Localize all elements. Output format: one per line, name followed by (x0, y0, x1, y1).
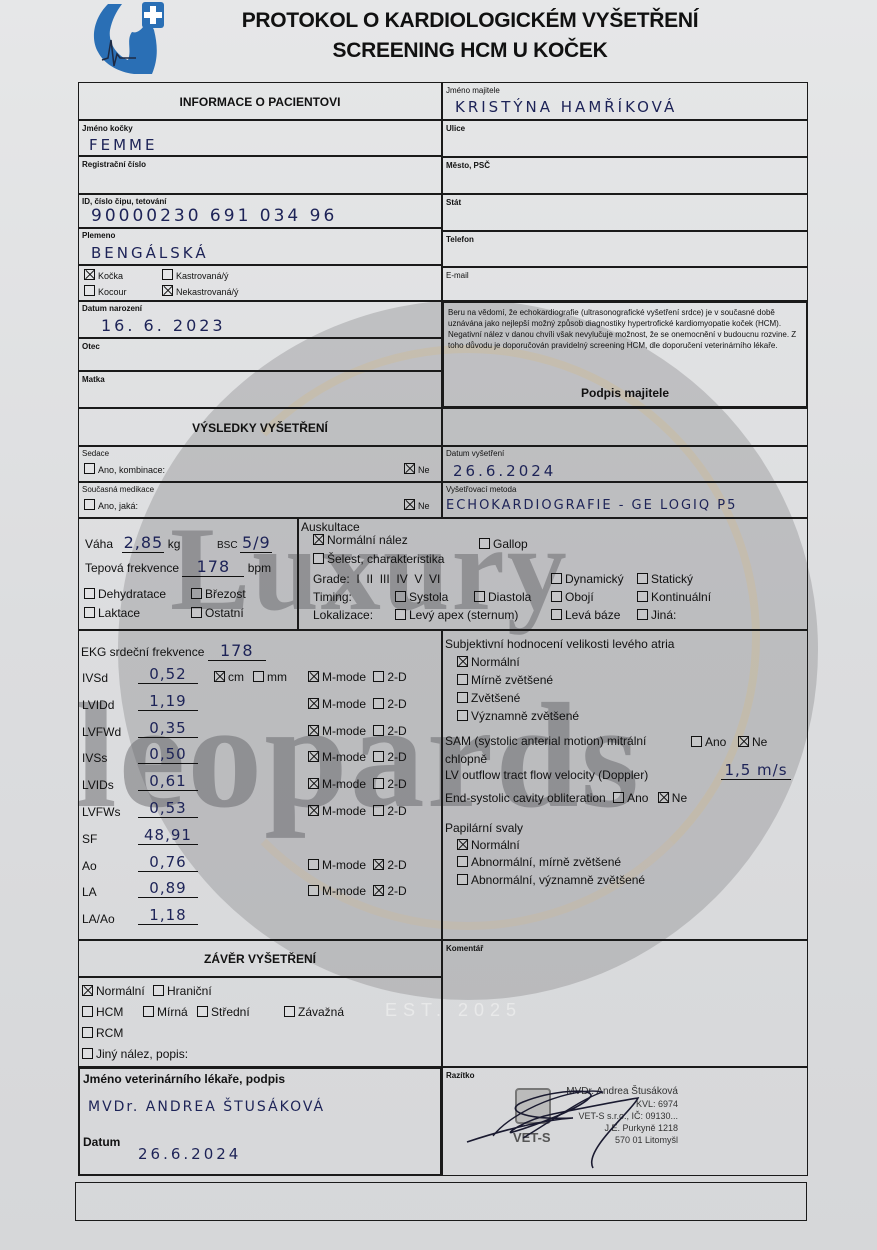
checkbox-label: Normální (471, 655, 520, 669)
checkbox-systola[interactable]: Systola (395, 590, 448, 604)
checkbox-m-mode[interactable] (308, 859, 319, 870)
measurement-row: LA0,89M-mode 2-D (80, 879, 440, 901)
checkbox-conclusion-mild[interactable]: Mírná (143, 1005, 188, 1019)
vet-date-label: Datum (83, 1135, 120, 1149)
checkbox-label: Závažná (298, 1005, 344, 1019)
checkbox-oboji[interactable]: Obojí (551, 590, 594, 604)
checkbox-kontinualni[interactable]: Kontinuální (637, 590, 711, 604)
checkbox-label: Dehydratace (98, 587, 166, 601)
measurement-row: LVFWs0,53M-mode 2-D (80, 799, 440, 821)
checkbox-label: Kocour (98, 287, 127, 297)
comment-field[interactable]: Komentář (442, 940, 808, 1067)
checkbox-label: Abnormální, mírně zvětšené (471, 855, 621, 869)
checkbox-sam-yes[interactable]: Ano (691, 735, 726, 749)
checkbox-label: Normální (96, 984, 145, 998)
checkbox-label: Střední (211, 1005, 250, 1019)
lvot-value: 1,5 m/s (721, 761, 791, 780)
checkbox-label: Ne (418, 501, 430, 511)
2d-label: 2-D (387, 697, 406, 711)
bsc-value[interactable]: 5/9 (240, 533, 272, 553)
exam-method-label: Vyšetřovací metoda (446, 485, 516, 494)
ekg-label: EKG srdeční frekvence (81, 645, 204, 659)
checkbox-static[interactable]: Statický (637, 572, 693, 586)
vet-signature-box[interactable]: Jméno veterinárního lékaře, podpis MVDr.… (78, 1067, 442, 1176)
checkbox-label: RCM (96, 1026, 123, 1040)
measurement-name: IVSd (82, 671, 108, 685)
checkbox-label: Zvětšené (471, 691, 520, 705)
registration-label: Registrační číslo (82, 160, 146, 169)
checkbox-box[interactable] (82, 985, 93, 996)
checkbox-conclusion-moderate[interactable]: Střední (197, 1005, 250, 1019)
sedation-group: Sedace Ano, kombinace: Ne (78, 446, 442, 482)
heart-rate-unit: bpm (248, 561, 271, 575)
conclusion-options: Normální Hraniční HCM Mírná Střední Záva… (78, 977, 442, 1067)
checkbox-m-mode[interactable] (308, 805, 319, 816)
checkbox-box[interactable] (84, 607, 95, 618)
signature-scribble (463, 1080, 703, 1172)
checkbox-sedation-no[interactable]: Ne (404, 463, 430, 475)
esco-row: End-systolic cavity obliteration Ano Ne (445, 791, 687, 805)
dob-label: Datum narození (82, 304, 142, 313)
checkbox-label: Ne (752, 735, 767, 749)
checkbox-box[interactable] (457, 656, 468, 667)
exam-method-value: ECHOKARDIOGRAFIE - GE LOGIQ P5 (446, 498, 737, 513)
checkbox-sam-no[interactable]: Ne (738, 735, 767, 749)
checkbox-label: Ano, kombinace: (98, 465, 165, 475)
checkbox-label: Levý apex (sternum) (409, 608, 518, 622)
checkbox-box[interactable] (191, 588, 202, 599)
owner-signature-label[interactable]: Podpis majitele (444, 386, 806, 400)
measurement-name: LVIDs (82, 778, 114, 792)
checkbox-box[interactable] (551, 573, 562, 584)
checkbox-2d[interactable] (373, 698, 384, 709)
2d-label: 2-D (387, 750, 406, 764)
consent-text: Beru na vědomí, že echokardiografie (ult… (448, 307, 802, 351)
checkbox-2d[interactable] (373, 805, 384, 816)
atrium-box: Subjektivní hodnocení velikosti levého a… (442, 630, 808, 940)
measurement-row: LVIDd1,19M-mode 2-D (80, 692, 440, 714)
measurement-value[interactable]: 1,18 (138, 906, 198, 925)
checkbox-label: Jiná: (651, 608, 676, 622)
checkbox-label: Abnormální, významně zvětšené (471, 873, 645, 887)
checkbox-label: HCM (96, 1005, 123, 1019)
sex-neuter-group: Kočka Kocour Kastrovaná/ý Nekastrovaná/ý (78, 265, 442, 301)
checkbox-box[interactable] (313, 553, 324, 564)
2d-label: 2-D (387, 670, 406, 684)
checkbox-papillary-significant[interactable]: Abnormální, významně zvětšené (457, 873, 645, 887)
exam-method-field[interactable]: Vyšetřovací metoda ECHOKARDIOGRAFIE - GE… (442, 482, 808, 518)
page-title: PROTOKOL O KARDIOLOGICKÉM VYŠETŘENÍ SCRE… (190, 6, 750, 66)
m-mode-label: M-mode (322, 858, 366, 872)
checkbox-label: Dynamický (565, 572, 624, 586)
checkbox-m-mode[interactable] (308, 725, 319, 736)
checkbox-conclusion-rcm[interactable]: RCM (82, 1026, 123, 1040)
checkbox-box[interactable] (551, 609, 562, 620)
mother-label: Matka (82, 375, 105, 384)
checkbox-box[interactable] (691, 736, 702, 747)
measurement-value[interactable]: 1,19 (138, 692, 198, 711)
checkbox-box[interactable] (404, 499, 415, 510)
m-mode-label: M-mode (322, 777, 366, 791)
measurement-name: LVFWs (82, 805, 120, 819)
checkbox-box[interactable] (162, 285, 173, 296)
measurement-row: LA/Ao1,18 (80, 906, 440, 928)
checkbox-m-mode[interactable] (308, 698, 319, 709)
checkbox-label: Diastola (488, 590, 531, 604)
atrium-heading: Subjektivní hodnocení velikosti levého a… (445, 637, 674, 651)
checkbox-label: Ano (705, 735, 726, 749)
measurement-value[interactable]: 0,35 (138, 719, 198, 738)
checkbox-diastola[interactable]: Diastola (474, 590, 531, 604)
checkbox-box[interactable] (162, 269, 173, 280)
checkbox-label: Nekastrovaná/ý (176, 287, 239, 297)
checkbox-murmur[interactable]: Šelest, charakteristika (313, 552, 444, 566)
checkbox-label: Mírná (157, 1005, 188, 1019)
papillary-heading: Papilární svaly (445, 821, 523, 835)
checkbox-box[interactable] (284, 1006, 295, 1017)
esco-yes-label: Ano (627, 791, 648, 805)
bsc-row: BSC 5/9 (217, 533, 272, 553)
checkbox-box[interactable] (313, 534, 324, 545)
2d-label: 2-D (387, 884, 406, 898)
vet-cat-heart-cross-icon (88, 0, 168, 78)
city-label: Město, PSČ (446, 161, 490, 170)
checkbox-atrium-mild[interactable]: Mírně zvětšené (457, 673, 553, 687)
checkbox-label: Významně zvětšené (471, 709, 579, 723)
checkbox-box[interactable] (82, 1048, 93, 1059)
checkbox-box[interactable] (457, 874, 468, 885)
email-field[interactable]: E-mail (442, 267, 808, 301)
m-mode-label: M-mode (322, 697, 366, 711)
measurement-value[interactable]: 0,53 (138, 799, 198, 818)
checkbox-label: Laktace (98, 606, 140, 620)
checkbox-box[interactable] (479, 538, 490, 549)
checkbox-label: Statický (651, 572, 693, 586)
measurement-name: LA/Ao (82, 912, 115, 926)
street-field[interactable]: Ulice (442, 120, 808, 157)
phone-field[interactable]: Telefon (442, 231, 808, 267)
checkbox-box[interactable] (143, 1006, 154, 1017)
chip-id-value: 90000230 691 034 96 (91, 206, 337, 226)
checkbox-box[interactable] (457, 839, 468, 850)
ekg-value[interactable]: 178 (208, 641, 266, 661)
cat-name-label: Jméno kočky (82, 124, 133, 133)
breed-value: BENGÁLSKÁ (91, 244, 209, 262)
measurement-mode-group: M-mode 2-D (308, 724, 407, 738)
checkbox-medication-yes[interactable]: Ano, jaká: (84, 499, 138, 511)
checkbox-box[interactable] (84, 499, 95, 510)
patient-info-header: INFORMACE O PACIENTOVI (78, 82, 442, 120)
2d-label: 2-D (387, 858, 406, 872)
checkbox-box[interactable] (395, 609, 406, 620)
chip-id-field[interactable]: ID, číslo čipu, tetování 90000230 691 03… (78, 194, 442, 228)
checkbox-label: Ne (418, 465, 430, 475)
checkbox-label: Jiný nález, popis: (96, 1047, 188, 1061)
checkbox-ostatni[interactable]: Ostatní (191, 606, 244, 620)
timing-label: Timing: (313, 590, 352, 604)
document-page: Luxury leopards EST. 2025 PROTOKOL O KAR… (0, 0, 877, 1250)
breed-field[interactable]: Plemeno BENGÁLSKÁ (78, 228, 442, 265)
m-mode-label: M-mode (322, 884, 366, 898)
m-mode-label: M-mode (322, 804, 366, 818)
checkbox-laktace[interactable]: Laktace (84, 606, 140, 620)
checkbox-esco-no[interactable] (658, 792, 669, 803)
checkbox-box[interactable] (197, 1006, 208, 1017)
checkbox-2d[interactable] (373, 778, 384, 789)
checkbox-kocour[interactable]: Kocour (84, 285, 127, 297)
checkbox-label: Levá báze (565, 608, 620, 622)
auscultation-heading: Auskultace (301, 520, 360, 534)
conclusion-heading: ZÁVĚR VYŠETŘENÍ (79, 952, 441, 966)
measurement-mode-group: M-mode 2-D (308, 750, 407, 764)
checkbox-label: Normální (471, 838, 520, 852)
heart-rate-label: Tepová frekvence (85, 561, 179, 575)
exam-date-field[interactable]: Datum vyšetření 26.6.2024 (442, 446, 808, 482)
measurement-mode-group: M-mode 2-D (308, 858, 407, 872)
heart-rate-row: Tepová frekvence 178 bpm (85, 557, 271, 577)
heart-rate-value[interactable]: 178 (182, 557, 244, 577)
measurement-row: IVSs0,50M-mode 2-D (80, 745, 440, 767)
breed-label: Plemeno (82, 231, 115, 240)
checkbox-label: Kočka (98, 271, 123, 281)
checkbox-dehydratace[interactable]: Dehydratace (84, 587, 166, 601)
checkbox-sedation-yes[interactable]: Ano, kombinace: (84, 463, 165, 475)
2d-label: 2-D (387, 804, 406, 818)
esco-no-label: Ne (672, 791, 687, 805)
checkbox-box[interactable] (191, 607, 202, 618)
checkbox-m-mode[interactable] (308, 671, 319, 682)
dob-value: 16. 6. 2023 (101, 316, 226, 335)
ekg-row: EKG srdeční frekvence 178 (81, 641, 266, 661)
checkbox-conclusion-borderline[interactable]: Hraniční (153, 984, 212, 998)
checkbox-box[interactable] (551, 591, 562, 602)
measurement-mode-group: M-mode 2-D (308, 777, 407, 791)
measurement-mode-group: M-mode 2-D (308, 670, 407, 684)
measurement-name: LA (82, 885, 97, 899)
vet-name-value: MVDr. ANDREA ŠTUSÁKOVÁ (88, 1099, 325, 1115)
grade-options[interactable]: I II III IV V VI (356, 572, 440, 586)
checkbox-box[interactable] (457, 674, 468, 685)
measurement-value[interactable]: 0,61 (138, 772, 198, 791)
checkbox-nekastrovana[interactable]: Nekastrovaná/ý (162, 285, 239, 297)
auscultation-box: Auskultace Normální nález Gallop Šelest,… (298, 518, 808, 630)
cat-name-value: FEMME (89, 136, 157, 154)
checkbox-dynamic[interactable]: Dynamický (551, 572, 624, 586)
checkbox-label: Normální nález (327, 533, 408, 547)
checkbox-atrium-significant[interactable]: Významně zvětšené (457, 709, 579, 723)
checkbox-atrium-normal[interactable]: Normální (457, 655, 520, 669)
sedation-label: Sedace (82, 449, 109, 458)
checkbox-conclusion-other[interactable]: Jiný nález, popis: (82, 1047, 188, 1061)
checkbox-normal-finding[interactable]: Normální nález (313, 533, 408, 547)
checkbox-box[interactable] (457, 856, 468, 867)
mother-field[interactable]: Matka (78, 371, 442, 408)
checkbox-box[interactable] (738, 736, 749, 747)
footer-blank-box (75, 1182, 807, 1221)
checkbox-label: Kontinuální (651, 590, 711, 604)
street-label: Ulice (446, 124, 465, 133)
conclusion-header: ZÁVĚR VYŠETŘENÍ (78, 940, 442, 977)
measurement-value[interactable]: 0,52 (138, 665, 198, 684)
title-line-1: PROTOKOL O KARDIOLOGICKÉM VYŠETŘENÍ (190, 6, 750, 36)
measurement-name: LVFWd (82, 725, 121, 739)
checkbox-label: Systola (409, 590, 448, 604)
measurement-value[interactable]: 0,76 (138, 853, 198, 872)
lvot-value-field[interactable]: 1,5 m/s (721, 761, 791, 780)
blank-cell (442, 408, 808, 446)
checkbox-box[interactable] (84, 269, 95, 280)
measurement-mode-group: M-mode 2-D (308, 804, 407, 818)
checkbox-2d[interactable] (373, 751, 384, 762)
exam-date-label: Datum vyšetření (446, 449, 504, 458)
measurement-name: Ao (82, 859, 97, 873)
checkbox-2d[interactable] (373, 859, 384, 870)
checkbox-label: Mírně zvětšené (471, 673, 553, 687)
checkbox-left-apex[interactable]: Levý apex (sternum) (395, 608, 518, 622)
checkbox-label: Kastrovaná/ý (176, 271, 229, 281)
measurement-row: SF48,91 (80, 826, 440, 848)
checkbox-m-mode[interactable] (308, 885, 319, 896)
owner-name-field[interactable]: Jméno majitele KRISTÝNA HAMŘÍKOVÁ (442, 82, 808, 120)
checkbox-label: Ano, jaká: (98, 501, 138, 511)
measurement-name: LVIDd (82, 698, 114, 712)
measurement-row: IVSd0,52M-mode 2-D (80, 665, 440, 687)
checkbox-box[interactable] (84, 285, 95, 296)
comment-label: Komentář (446, 944, 483, 953)
measurement-value[interactable]: 48,91 (138, 826, 198, 845)
patient-info-heading: INFORMACE O PACIENTOVI (79, 95, 441, 109)
checkbox-label: Šelest, charakteristika (327, 552, 444, 566)
measurement-value[interactable]: 0,89 (138, 879, 198, 898)
phone-label: Telefon (446, 235, 474, 244)
medication-group: Současná medikace Ano, jaká: Ne (78, 482, 442, 518)
checkbox-box[interactable] (474, 591, 485, 602)
checkbox-box[interactable] (395, 591, 406, 602)
checkbox-box[interactable] (637, 609, 648, 620)
country-label: Stát (446, 198, 461, 207)
country-field[interactable]: Stát (442, 194, 808, 231)
checkbox-conclusion-hcm[interactable]: HCM (82, 1005, 123, 1019)
checkbox-box[interactable] (82, 1006, 93, 1017)
checkbox-gallop[interactable]: Gallop (479, 537, 528, 551)
chip-id-label: ID, číslo čipu, tetování (82, 197, 166, 206)
checkbox-box[interactable] (84, 463, 95, 474)
vet-name-label: Jméno veterinárního lékaře, podpis (83, 1072, 285, 1086)
checkbox-box[interactable] (637, 591, 648, 602)
vet-date-value: 26.6.2024 (138, 1145, 241, 1163)
checkbox-box[interactable] (457, 692, 468, 703)
checkbox-box[interactable] (84, 588, 95, 599)
grade-row: Grade: I II III IV V VI (313, 572, 440, 586)
m-mode-label: M-mode (322, 750, 366, 764)
father-field[interactable]: Otec (78, 338, 442, 371)
bsc-label: BSC (217, 540, 238, 551)
m-mode-label: M-mode (322, 724, 366, 738)
measurement-row: LVIDs0,61M-mode 2-D (80, 772, 440, 794)
checkbox-box[interactable] (404, 463, 415, 474)
checkbox-label: Ostatní (205, 606, 244, 620)
checkbox-esco-yes[interactable] (613, 792, 624, 803)
registration-field[interactable]: Registrační číslo (78, 156, 442, 194)
measurement-mode-group: M-mode 2-D (308, 697, 407, 711)
checkbox-papillary-mild[interactable]: Abnormální, mírně zvětšené (457, 855, 621, 869)
measurement-row: Ao0,76M-mode 2-D (80, 853, 440, 875)
checkbox-kastrovana[interactable]: Kastrovaná/ý (162, 269, 229, 281)
checkbox-label: Březost (205, 587, 246, 601)
owner-name-label: Jméno majitele (446, 86, 500, 95)
results-heading: VÝSLEDKY VYŠETŘENÍ (79, 421, 441, 435)
measurement-row: LVFWd0,35M-mode 2-D (80, 719, 440, 741)
checkbox-brezost[interactable]: Březost (191, 587, 246, 601)
2d-label: 2-D (387, 777, 406, 791)
city-field[interactable]: Město, PSČ (442, 157, 808, 194)
checkbox-box[interactable] (457, 710, 468, 721)
weight-unit: kg (168, 537, 181, 551)
father-label: Otec (82, 342, 100, 351)
checkbox-m-mode[interactable] (308, 778, 319, 789)
exam-date-value: 26.6.2024 (453, 462, 556, 480)
stamp-box: Razítko VET-S MVDr. Andrea Štusáková KVL… (442, 1067, 808, 1176)
dob-field[interactable]: Datum narození 16. 6. 2023 (78, 301, 442, 338)
checkbox-conclusion-normal[interactable]: Normální (82, 984, 145, 998)
checkbox-conclusion-severe[interactable]: Závažná (284, 1005, 344, 1019)
checkbox-label: Hraniční (167, 984, 212, 998)
weight-label: Váha (85, 537, 113, 551)
checkbox-box[interactable] (82, 1027, 93, 1038)
checkbox-atrium-enlarged[interactable]: Zvětšené (457, 691, 520, 705)
m-mode-label: M-mode (322, 670, 366, 684)
cat-name-field[interactable]: Jméno kočky FEMME (78, 120, 442, 156)
checkbox-label: Obojí (565, 590, 594, 604)
checkbox-left-base[interactable]: Levá báze (551, 608, 620, 622)
2d-label: 2-D (387, 724, 406, 738)
checkbox-label: Gallop (493, 537, 528, 551)
grade-label: Grade: (313, 572, 350, 586)
medication-label: Současná medikace (82, 485, 154, 494)
stamp-label: Razítko (446, 1071, 474, 1080)
vitals-box: Váha 2,85 kg BSC 5/9 Tepová frekvence 17… (78, 518, 298, 630)
email-label: E-mail (446, 271, 469, 280)
lvot-label: LV outflow tract flow velocity (Doppler) (445, 768, 648, 782)
checkbox-2d[interactable] (373, 885, 384, 896)
measurement-mode-group: M-mode 2-D (308, 884, 407, 898)
checkbox-papillary-normal[interactable]: Normální (457, 838, 520, 852)
sam-label: SAM (systolic anterial motion) mitrální … (445, 732, 665, 768)
esco-label: End-systolic cavity obliteration (445, 791, 606, 805)
results-header: VÝSLEDKY VYŠETŘENÍ (78, 408, 442, 446)
owner-name-value: KRISTÝNA HAMŘÍKOVÁ (455, 98, 677, 116)
measurement-name: IVSs (82, 751, 107, 765)
measurement-value[interactable]: 0,50 (138, 745, 198, 764)
checkbox-2d[interactable] (373, 671, 384, 682)
checkbox-m-mode[interactable] (308, 751, 319, 762)
location-label: Lokalizace: (313, 608, 373, 622)
weight-row: Váha 2,85 kg (85, 533, 180, 553)
consent-box: Beru na vědomí, že echokardiografie (ult… (442, 301, 808, 408)
checkbox-other-location[interactable]: Jiná: (637, 608, 676, 622)
title-line-2: SCREENING HCM U KOČEK (190, 36, 750, 66)
weight-value[interactable]: 2,85 (122, 533, 164, 553)
checkbox-medication-no[interactable]: Ne (404, 499, 430, 511)
checkbox-kocka[interactable]: Kočka (84, 269, 123, 281)
checkbox-box[interactable] (637, 573, 648, 584)
measurement-name: SF (82, 832, 97, 846)
checkbox-box[interactable] (153, 985, 164, 996)
checkbox-2d[interactable] (373, 725, 384, 736)
